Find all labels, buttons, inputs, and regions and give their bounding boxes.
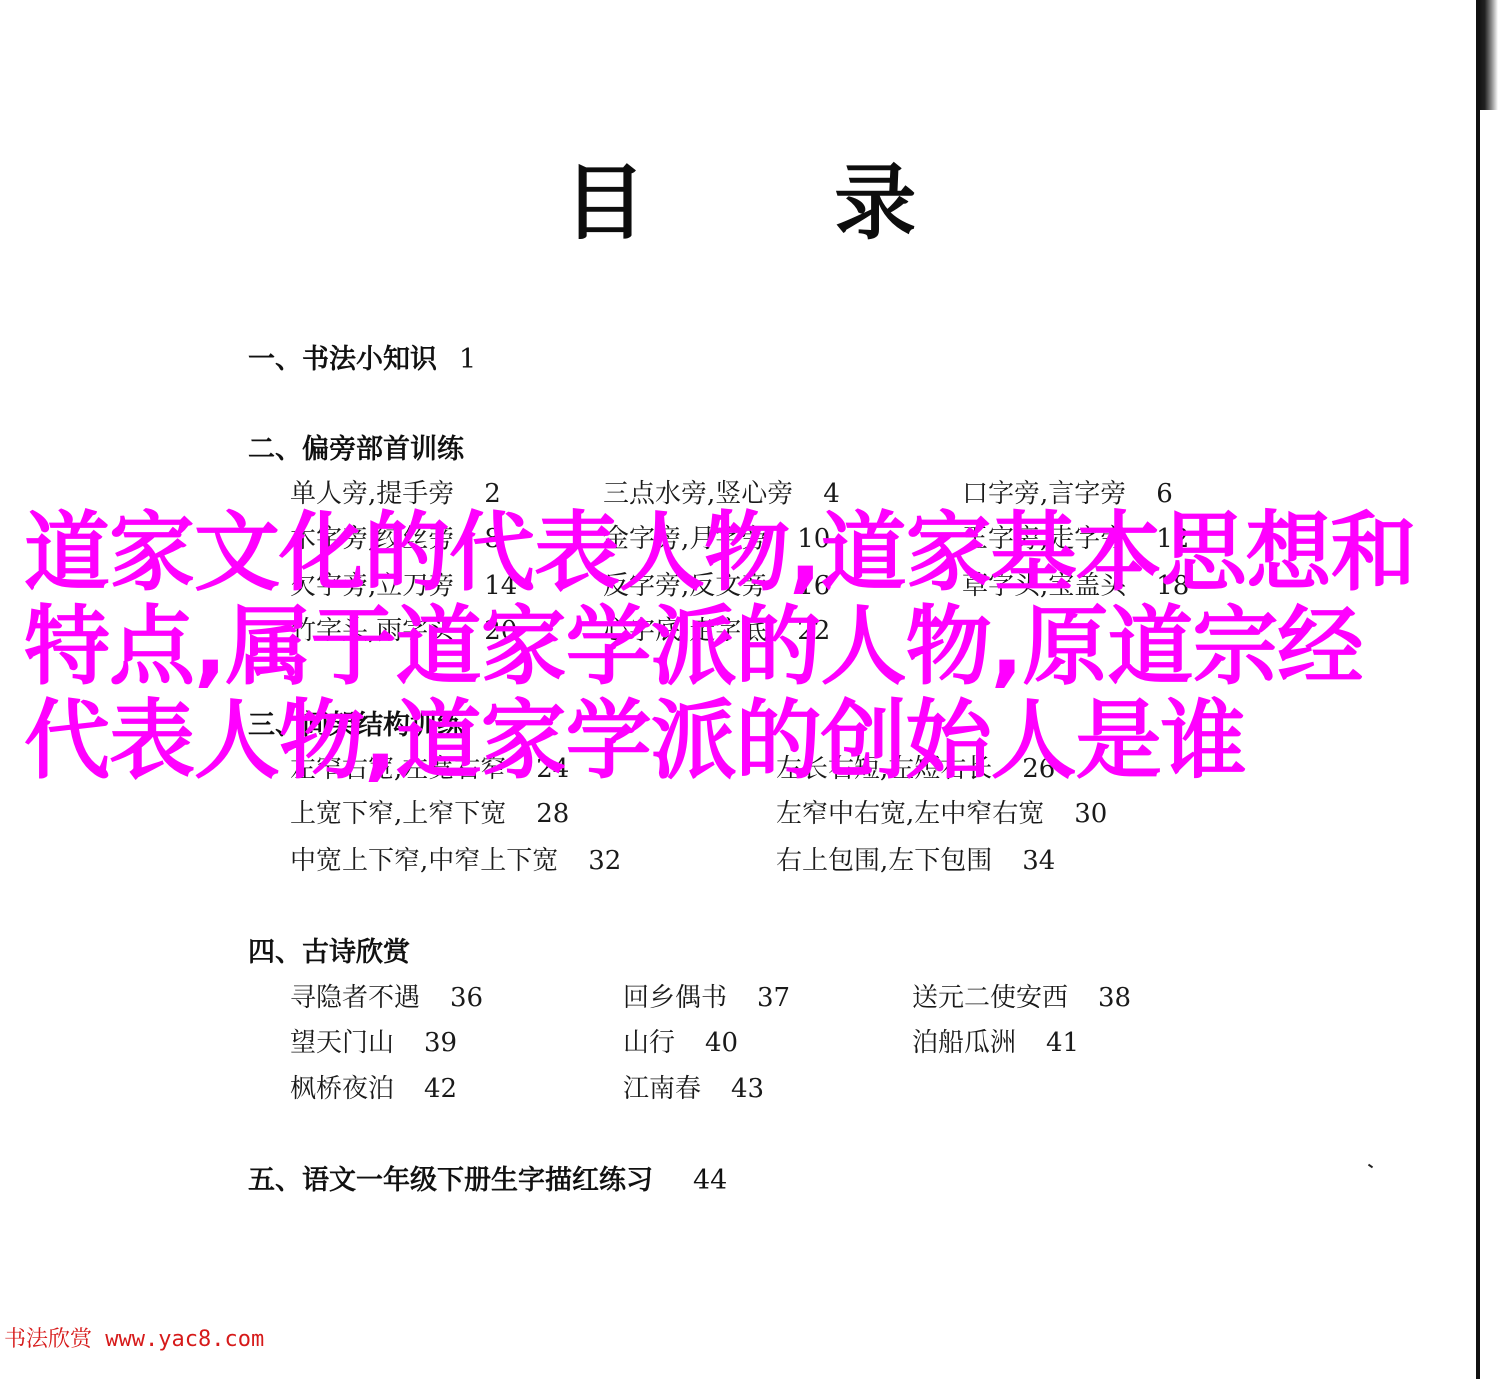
toc-entry: 左窄中右宽,左中窄右宽30 [776, 793, 1107, 830]
site-watermark: 书法欣赏 www.yac8.com [4, 1322, 264, 1353]
section-heading-5: 五、语文一年级下册生字描红练习44 [248, 1158, 727, 1197]
toc-entry: 中宽上下窄,中窄上下宽32 [290, 840, 621, 877]
toc-entry: 右上包围,左下包围34 [776, 840, 1055, 877]
headline-overlay: 道家文化的代表人物,道家基本思想和特点,属于道家学派的人物,原道宗经代表人物,道… [24, 506, 1444, 788]
section-heading-label: 五、语文一年级下册生字描红练习 [248, 1165, 653, 1196]
section-heading-4: 四、古诗欣赏 [248, 930, 410, 969]
toc-entry: 枫桥夜泊42 [290, 1068, 457, 1105]
toc-entry: 山行40 [623, 1022, 738, 1059]
toc-entry: 上宽下窄,上窄下宽28 [290, 793, 569, 830]
toc-entry: 江南春43 [623, 1068, 764, 1105]
section-heading-label: 一、书法小知识 [248, 344, 437, 375]
page-title: 目 录 [0, 138, 1500, 255]
section-heading-1: 一、书法小知识1 [248, 337, 476, 376]
section-page-number: 1 [459, 344, 476, 375]
scanned-toc-page: 目 录 一、书法小知识1 二、偏旁部首训练 单人旁,提手旁2 三点水旁,竖心旁4… [0, 0, 1500, 1379]
toc-entry: 寻隐者不遇36 [290, 977, 483, 1014]
toc-entry: 望天门山39 [290, 1022, 457, 1059]
section-heading-2: 二、偏旁部首训练 [248, 427, 464, 466]
toc-entry: 回乡偶书37 [623, 977, 790, 1014]
scan-speck [1368, 1164, 1373, 1169]
toc-entry: 泊船瓜洲41 [912, 1022, 1079, 1059]
toc-entry: 送元二使安西38 [912, 977, 1131, 1014]
section-page-number: 44 [693, 1165, 727, 1196]
